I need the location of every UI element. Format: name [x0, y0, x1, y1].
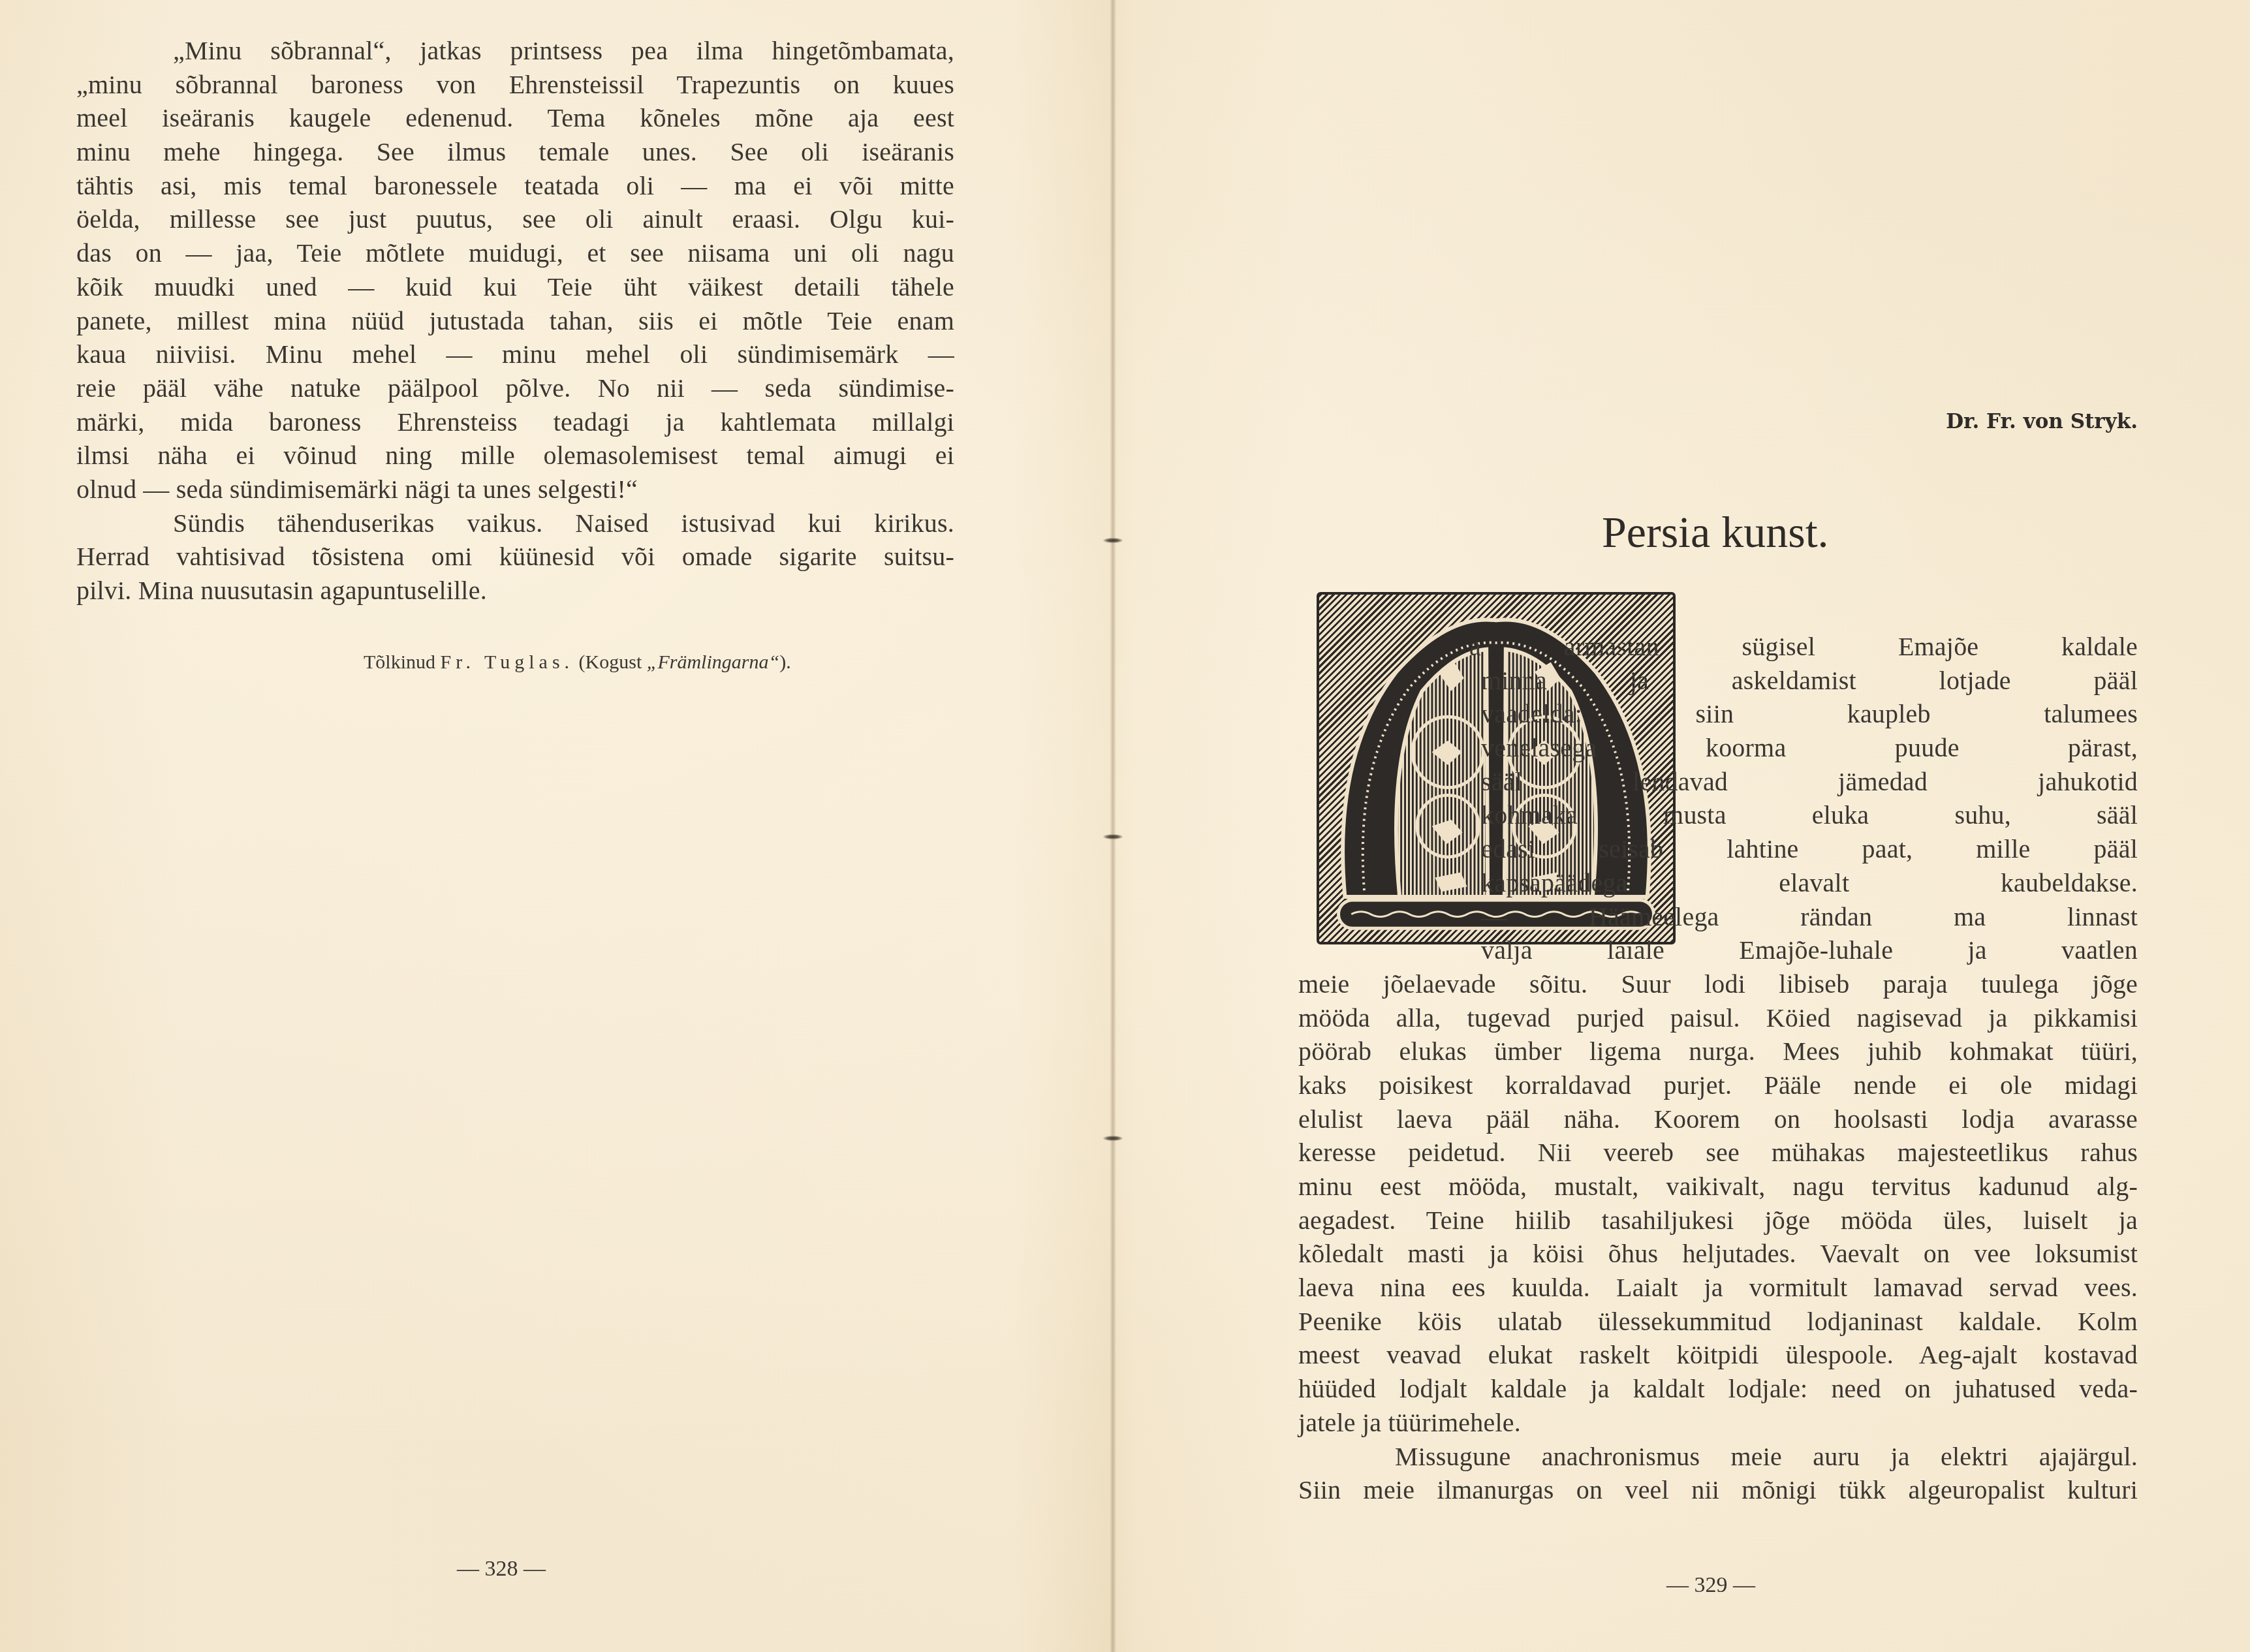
text-line: kõledalt masti ja köisi õhus heljutades.…: [1298, 1237, 2138, 1271]
text-line: reie pääl vähe natuke päälpool põlve. No…: [76, 371, 954, 405]
text-line: „Minu sõbrannal“, jatkas printsess pea i…: [76, 34, 954, 68]
credit-prefix: Tõlkinud: [364, 651, 435, 673]
text-line: välja laiale Emajõe-luhale ja vaatlen: [1481, 933, 2138, 967]
text-line: sääl lendavad jämedad jahukotid: [1481, 765, 2138, 799]
source-title: „Främlingarna“: [647, 651, 779, 673]
text-line: meest veavad elukat raskelt köitpidi üle…: [1298, 1338, 2138, 1372]
text-line: Missugune anachronismus meie auru ja ele…: [1298, 1440, 2138, 1474]
text-line: — Häämeelega rändan ma linnast: [1481, 900, 2138, 934]
text-line: tähtis asi, mis temal baronessele teatad…: [76, 169, 954, 203]
text-line: minu eest mööda, mustalt, vaikivalt, nag…: [1298, 1170, 2138, 1204]
text-line: keresse peidetud. Nii veereb see mühakas…: [1298, 1136, 2138, 1170]
text-line: elulist laeva pääl näha. Koorem on hools…: [1298, 1102, 2138, 1136]
text-line: märki, mida baroness Ehrensteiss teadagi…: [76, 405, 954, 439]
page-number-right: — 329 —: [1666, 1573, 1755, 1598]
left-page: „Minu sõbrannal“, jatkas printsess pea i…: [0, 0, 1110, 1652]
text-line: kohmaka musta eluka suhu, sääl: [1481, 798, 2138, 832]
text-line: aegadest. Teine hiilib tasahiljukesi jõg…: [1298, 1204, 2138, 1238]
text-line: „minu sõbrannal baroness von Ehrensteiss…: [76, 68, 954, 102]
text-line: pilvi. Mina nuusutasin agapuntuselille.: [76, 574, 954, 608]
text-line: meel iseäranis kaugele edenenud. Tema kõ…: [76, 101, 954, 135]
book-spread: „Minu sõbrannal“, jatkas printsess pea i…: [0, 0, 2250, 1652]
text-line: laeva nina ees kuulda. Laialt ja vormitu…: [1298, 1271, 2138, 1305]
text-line: Sündis tähenduserikas vaikus. Naised ist…: [76, 507, 954, 540]
translator-name: Fr. Tuglas.: [441, 651, 574, 673]
translation-credit: Tõlkinud Fr. Tuglas. (Kogust „Främlingar…: [364, 651, 791, 674]
text-line: Peenike köis ulatab ülessekummitud lodja…: [1298, 1305, 2138, 1339]
left-page-body: „Minu sõbrannal“, jatkas printsess pea i…: [76, 34, 954, 608]
book-gutter: [1110, 0, 1116, 1652]
credit-source-suffix: ).: [779, 651, 791, 673]
text-line: mööda alla, tugevad purjed paisul. Köied…: [1298, 1001, 2138, 1035]
text-line: jatele ja tüürimehele.: [1298, 1406, 2138, 1440]
text-line: ilmsi näha ei võinud ning mille olemasol…: [76, 439, 954, 473]
text-line: hüüded lodjalt kaldale ja kaldalt lodjal…: [1298, 1372, 2138, 1406]
text-line: minna ja askeldamist lotjade pääl: [1481, 664, 2138, 698]
right-page-body: a armastan sügisel Emajõe kaldale minna …: [1298, 630, 2138, 1507]
text-line: kaua niiviisi. Minu mehel — minu mehel o…: [76, 337, 954, 371]
text-line: Siin meie ilmanurgas on veel nii mõnigi …: [1298, 1473, 2138, 1507]
text-line: kaks poisikest korraldavad purjet. Pääle…: [1298, 1068, 2138, 1102]
article-author: Dr. Fr. von Stryk.: [1946, 410, 2138, 433]
text-line: öelda, millesse see just puutus, see oli…: [76, 202, 954, 236]
text-line: olnud — seda sündimisemärki nägi ta unes…: [76, 473, 954, 507]
right-page: Dr. Fr. von Stryk. Persia kunst.: [1116, 0, 2250, 1652]
text-line: venelasega koorma puude pärast,: [1481, 731, 2138, 765]
article-title: Persia kunst.: [1602, 507, 1829, 558]
text-line: Herrad vahtisivad tõsistena omi küünesid…: [76, 540, 954, 574]
text-line: panete, millest mina nüüd jutustada taha…: [76, 304, 954, 338]
credit-source-prefix: (Kogust: [579, 651, 642, 673]
text-line: kõik muudki uned — kuid kui Teie üht väi…: [76, 270, 954, 304]
text-line: meie jõelaevade sõitu. Suur lodi libiseb…: [1298, 967, 2138, 1001]
text-line: pöörab elukas ümber ligema nurga. Mees j…: [1298, 1035, 2138, 1068]
page-number-left: — 328 —: [457, 1557, 546, 1582]
text-line: vaadelda: siin kaupleb talumees: [1481, 697, 2138, 731]
text-line: minu mehe hingega. See ilmus temale unes…: [76, 135, 954, 169]
text-line: edasi seisab lahtine paat, mille pääl: [1481, 832, 2138, 866]
text-line: a armastan sügisel Emajõe kaldale: [1469, 630, 2138, 664]
text-line: das on — jaa, Teie mõtlete muidugi, et s…: [76, 236, 954, 270]
text-line: kapsapäädega elavalt kaubeldakse.: [1481, 866, 2138, 900]
